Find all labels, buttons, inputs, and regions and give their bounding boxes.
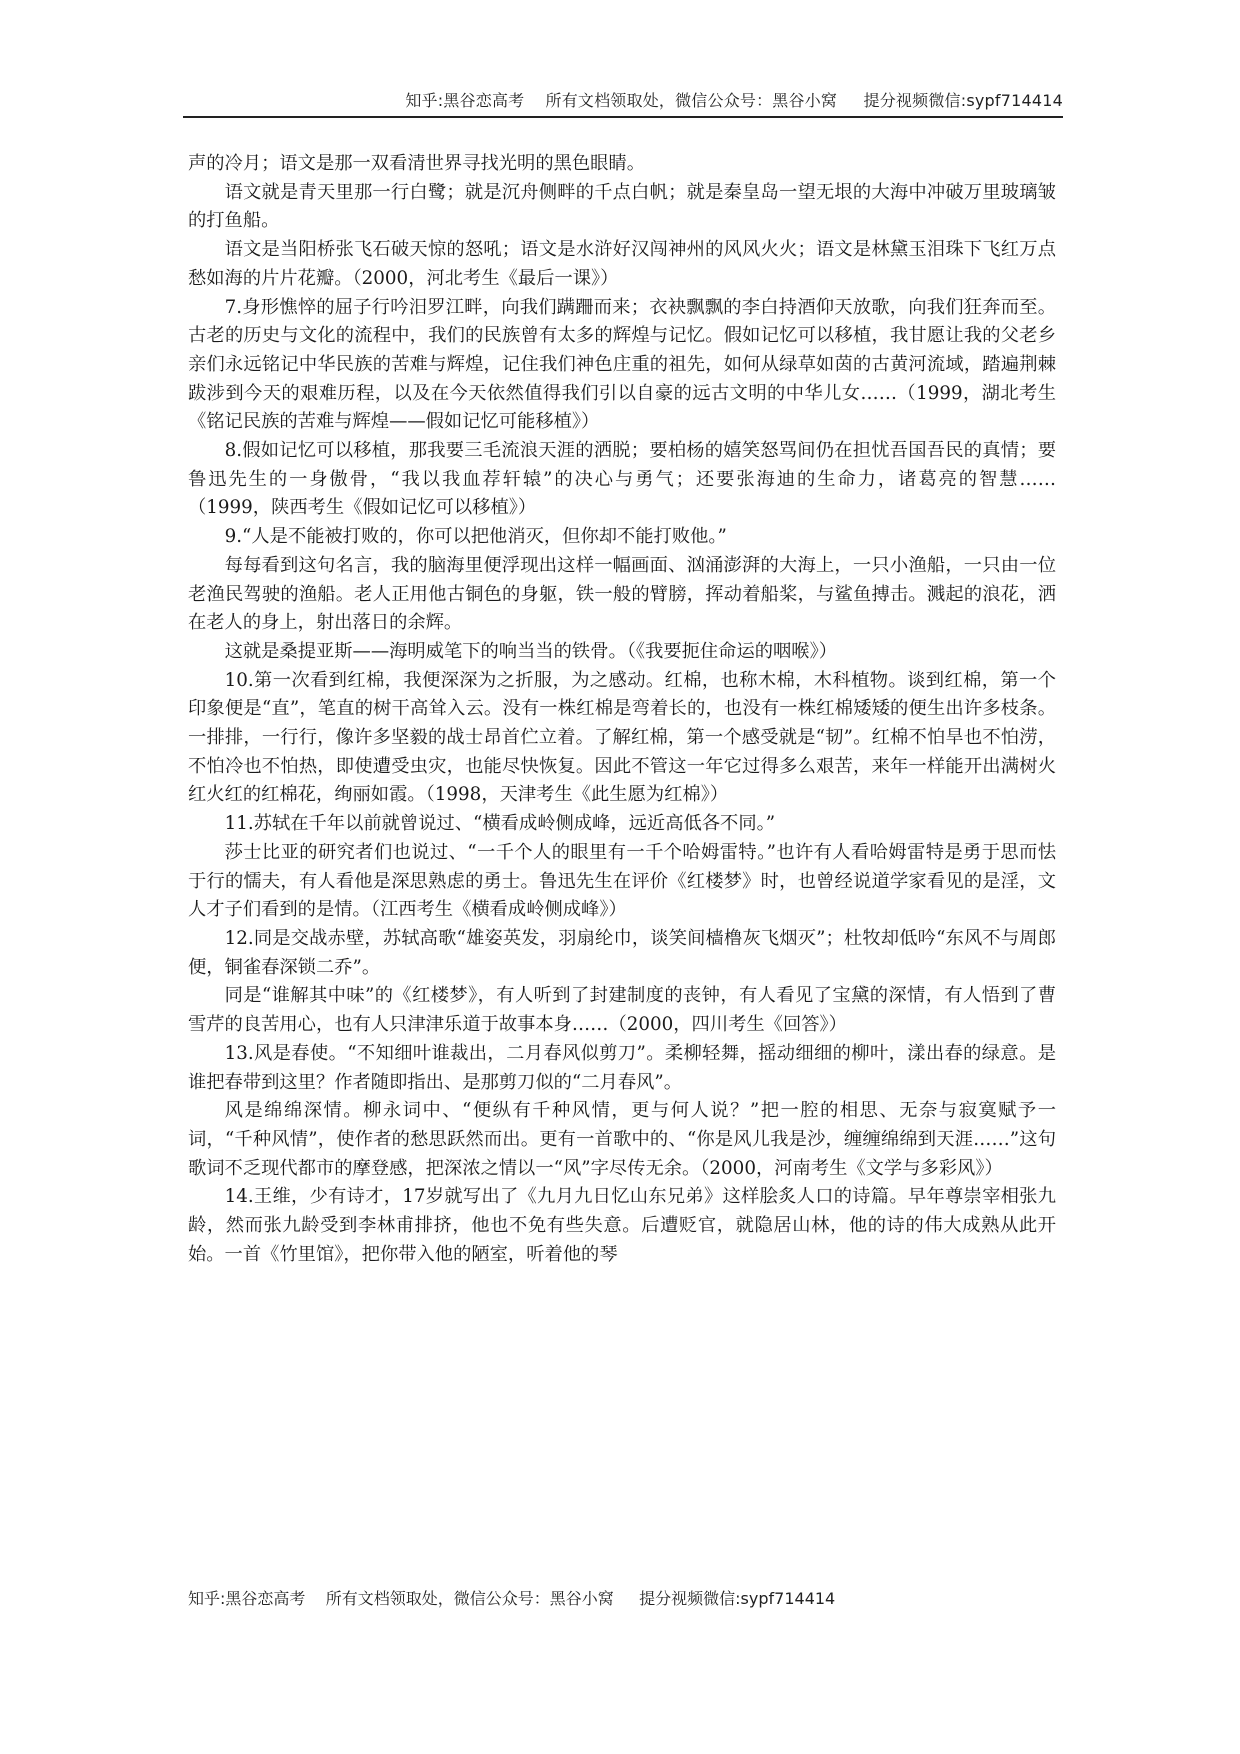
paragraph: 莎士比亚的研究者们也说过、“一千个人的眼里有一千个哈姆雷特。”也许有人看哈姆雷特… [188,839,1056,925]
paragraph: 每每看到这句名言，我的脑海里便浮现出这样一幅画面、汹涌澎湃的大海上，一只小渔船，… [188,552,1056,638]
document-body: 声的冷月；语文是那一双看清世界寻找光明的黑色眼睛。 语文就是青天里那一行白鹭；就… [188,150,1056,1269]
paragraph-item-9: 9.“人是不能被打败的，你可以把他消灭，但你却不能打败他。” [188,523,1056,552]
paragraph-item-10: 10.第一次看到红棉，我便深深为之折服，为之感动。红棉，也称木棉，木科植物。谈到… [188,667,1056,811]
paragraph-item-12: 12.同是交战赤壁，苏轼高歌“雄姿英发，羽扇纶巾，谈笑间樯橹灰飞烟灭”；杜牧却低… [188,925,1056,982]
page-header: 知乎:黑谷恋高考 所有文档领取处，微信公众号：黑谷小窝 提分视频微信:sypf7… [183,88,1063,118]
paragraph: 语文就是青天里那一行白鹭；就是沉舟侧畔的千点白帆；就是秦皇岛一望无垠的大海中冲破… [188,179,1056,236]
header-text: 知乎:黑谷恋高考 所有文档领取处，微信公众号：黑谷小窝 提分视频微信:sypf7… [405,88,1063,111]
paragraph-item-13: 13.风是春使。“不知细叶谁裁出，二月春风似剪刀”。柔柳轻舞，摇动细细的柳叶，漾… [188,1040,1056,1097]
paragraph: 语文是当阳桥张飞石破天惊的怒吼；语文是水浒好汉闯神州的风风火火；语文是林黛玉泪珠… [188,236,1056,293]
paragraph-item-14: 14.王维，少有诗才，17岁就写出了《九月九日忆山东兄弟》这样脍炙人口的诗篇。早… [188,1183,1056,1269]
paragraph: 声的冷月；语文是那一双看清世界寻找光明的黑色眼睛。 [188,150,1056,179]
paragraph-item-8: 8.假如记忆可以移植，那我要三毛流浪天涯的洒脱；要柏杨的嬉笑怒骂间仍在担忧吾国吾… [188,437,1056,523]
page-footer: 知乎:黑谷恋高考 所有文档领取处，微信公众号：黑谷小窝 提分视频微信:sypf7… [188,1586,835,1609]
paragraph: 风是绵绵深情。柳永词中、“便纵有千种风情，更与何人说？”把一腔的相思、无奈与寂寞… [188,1097,1056,1183]
paragraph-item-11: 11.苏轼在千年以前就曾说过、“横看成岭侧成峰，远近高低各不同。” [188,810,1056,839]
paragraph: 同是“谁解其中味”的《红楼梦》，有人听到了封建制度的丧钟，有人看见了宝黛的深情，… [188,982,1056,1039]
paragraph: 这就是桑提亚斯——海明威笔下的响当当的铁骨。（《我要扼住命运的咽喉》） [188,638,1056,667]
paragraph-item-7: 7.身形憔悴的屈子行吟汨罗江畔，向我们蹒跚而来；衣袂飘飘的李白持酒仰天放歌，向我… [188,294,1056,438]
